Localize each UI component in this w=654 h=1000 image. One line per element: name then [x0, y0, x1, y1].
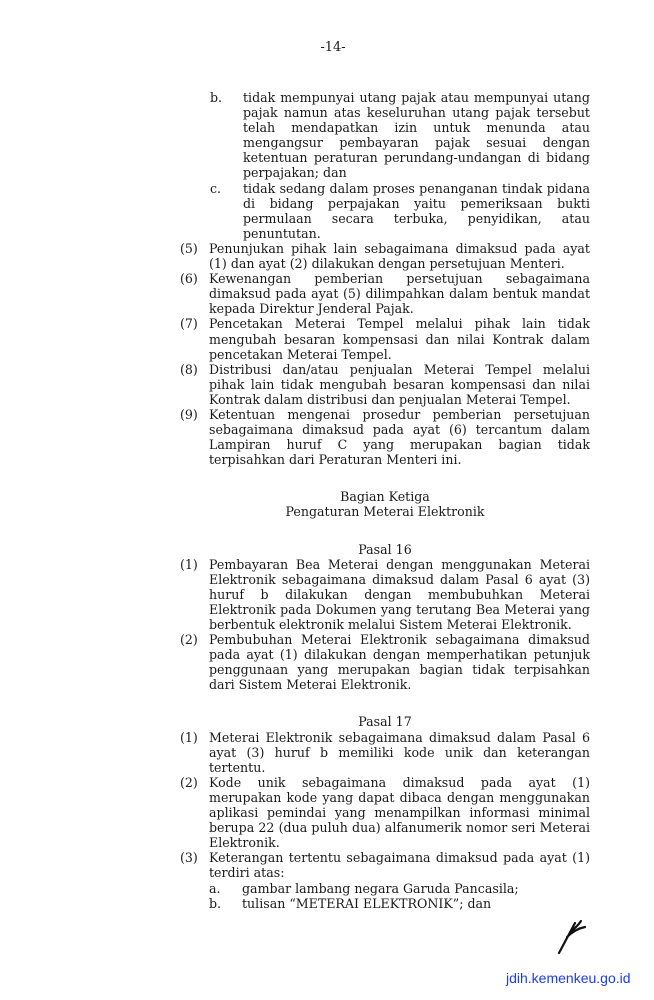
- ayat-item: (1) Meterai Elektronik sebagaimana dimak…: [180, 730, 590, 775]
- item-label: a.: [209, 881, 242, 896]
- ayat-text: Kewenangan pemberian persetujuan sebagai…: [209, 271, 590, 316]
- ayat-item: (2) Kode unik sebagaimana dimaksud pada …: [180, 775, 590, 850]
- ayat-label: (6): [180, 271, 209, 316]
- page-number: -14-: [0, 40, 654, 55]
- ayat-item: (8) Distribusi dan/atau penjualan Metera…: [180, 362, 590, 407]
- ayat-item: (5) Penunjukan pihak lain sebagaimana di…: [180, 241, 590, 271]
- ayat-label: (8): [180, 362, 209, 407]
- document-body: b. tidak mempunyai utang pajak atau memp…: [180, 90, 590, 911]
- item-text: gambar lambang negara Garuda Pancasila;: [242, 881, 590, 896]
- item-label: c.: [210, 181, 243, 241]
- ayat-label: (7): [180, 316, 209, 361]
- ayat-label: (3): [180, 850, 209, 880]
- ayat-item: (3) Keterangan tertentu sebagaimana dima…: [180, 850, 590, 880]
- ayat-item: (1) Pembayaran Bea Meterai dengan menggu…: [180, 557, 590, 632]
- paraf-signature-icon: [555, 915, 595, 955]
- item-label: b.: [209, 896, 242, 911]
- ayat-label: (2): [180, 632, 209, 692]
- pasal-16-title: Pasal 16: [180, 542, 590, 557]
- ayat-text: Kode unik sebagaimana dimaksud pada ayat…: [209, 775, 590, 850]
- jdih-link[interactable]: jdih.kemenkeu.go.id: [506, 970, 631, 986]
- list-item: c. tidak sedang dalam proses penanganan …: [210, 181, 590, 241]
- list-item: b. tulisan “METERAI ELEKTRONIK”; dan: [209, 896, 590, 911]
- ayat-item: (6) Kewenangan pemberian persetujuan seb…: [180, 271, 590, 316]
- ayat-text: Ketentuan mengenai prosedur pemberian pe…: [209, 407, 590, 467]
- item-label: b.: [210, 90, 243, 181]
- section-title: Bagian Ketiga: [180, 489, 590, 504]
- ayat-text: Pencetakan Meterai Tempel melalui pihak …: [209, 316, 590, 361]
- section-subtitle: Pengaturan Meterai Elektronik: [180, 504, 590, 519]
- ayat-text: Keterangan tertentu sebagaimana dimaksud…: [209, 850, 590, 880]
- item-text: tulisan “METERAI ELEKTRONIK”; dan: [242, 896, 590, 911]
- item-text: tidak sedang dalam proses penanganan tin…: [243, 181, 590, 241]
- ayat-label: (9): [180, 407, 209, 467]
- ayat-text: Pembubuhan Meterai Elektronik sebagaiman…: [209, 632, 590, 692]
- ayat-text: Pembayaran Bea Meterai dengan menggunaka…: [209, 557, 590, 632]
- ayat-text: Meterai Elektronik sebagaimana dimaksud …: [209, 730, 590, 775]
- ayat-label: (5): [180, 241, 209, 271]
- item-text: tidak mempunyai utang pajak atau mempuny…: [243, 90, 590, 181]
- ayat-item: (2) Pembubuhan Meterai Elektronik sebaga…: [180, 632, 590, 692]
- list-item: b. tidak mempunyai utang pajak atau memp…: [210, 90, 590, 181]
- list-item: a. gambar lambang negara Garuda Pancasil…: [209, 881, 590, 896]
- ayat-label: (2): [180, 775, 209, 850]
- ayat-text: Distribusi dan/atau penjualan Meterai Te…: [209, 362, 590, 407]
- ayat-item: (7) Pencetakan Meterai Tempel melalui pi…: [180, 316, 590, 361]
- ayat-label: (1): [180, 557, 209, 632]
- pasal-17-title: Pasal 17: [180, 714, 590, 729]
- ayat-label: (1): [180, 730, 209, 775]
- ayat-item: (9) Ketentuan mengenai prosedur pemberia…: [180, 407, 590, 467]
- ayat-text: Penunjukan pihak lain sebagaimana dimaks…: [209, 241, 590, 271]
